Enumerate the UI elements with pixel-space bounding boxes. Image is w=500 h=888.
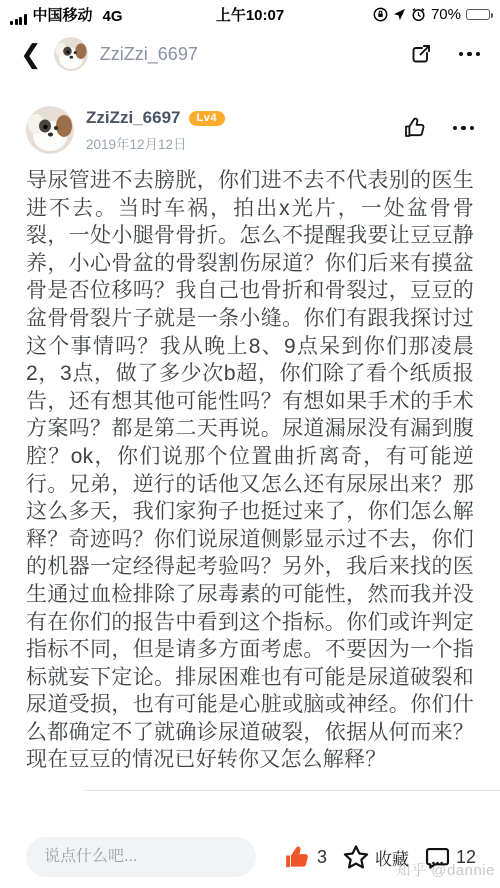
level-badge: Lv4 (189, 111, 225, 126)
post-header: ZziZzi_6697 Lv4 2019年12月12日 (26, 106, 474, 154)
thumbs-up-filled-icon (283, 843, 312, 872)
status-bar: 中国移动 4G 上午10:07 70% (0, 0, 500, 28)
nav-bar: ❮ ZziZzi_6697 (0, 28, 500, 80)
like-count: 3 (317, 847, 327, 868)
post-date: 2019年12月12日 (86, 133, 225, 153)
post-avatar[interactable] (26, 106, 74, 154)
carrier-label: 中国移动 (33, 4, 93, 25)
like-button[interactable]: 3 (283, 843, 327, 872)
battery-icon (466, 9, 490, 20)
orientation-lock-icon (373, 7, 388, 22)
share-icon[interactable] (409, 42, 433, 66)
star-icon (342, 843, 370, 871)
battery-percent-label: 70% (431, 6, 461, 23)
post-more-ellipsis-icon[interactable] (453, 126, 475, 131)
location-arrow-icon (393, 8, 406, 21)
avatar[interactable] (54, 37, 88, 71)
back-chevron-icon[interactable]: ❮ (20, 41, 42, 67)
thumbs-up-icon[interactable] (403, 116, 427, 140)
comment-input[interactable] (26, 837, 256, 877)
nav-username[interactable]: ZziZzi_6697 (100, 44, 198, 65)
app-screen: 中国移动 4G 上午10:07 70% ❮ ZziZzi_6697 (0, 0, 500, 888)
post-username[interactable]: ZziZzi_6697 (86, 108, 181, 128)
more-ellipsis-icon[interactable] (459, 52, 481, 57)
bottom-action-bar: 3 收藏 12 知乎 @dannie (0, 830, 500, 888)
divider (84, 790, 500, 791)
post-body-text: 导尿管进不去膀胱，你们进不去不代表别的医生进不去。当时车祸，拍出x光片，一处盆骨… (26, 167, 474, 774)
post: ZziZzi_6697 Lv4 2019年12月12日 导尿管进不去膀胱，你们进… (0, 106, 500, 791)
alarm-clock-icon (411, 7, 426, 22)
comment-bubble-icon (424, 844, 451, 871)
network-type-label: 4G (103, 8, 123, 25)
signal-bars-icon (10, 14, 27, 25)
comment-count: 12 (456, 847, 476, 868)
comment-button[interactable]: 12 (424, 844, 476, 871)
favorite-label: 收藏 (375, 845, 409, 870)
favorite-button[interactable]: 收藏 (342, 843, 409, 871)
